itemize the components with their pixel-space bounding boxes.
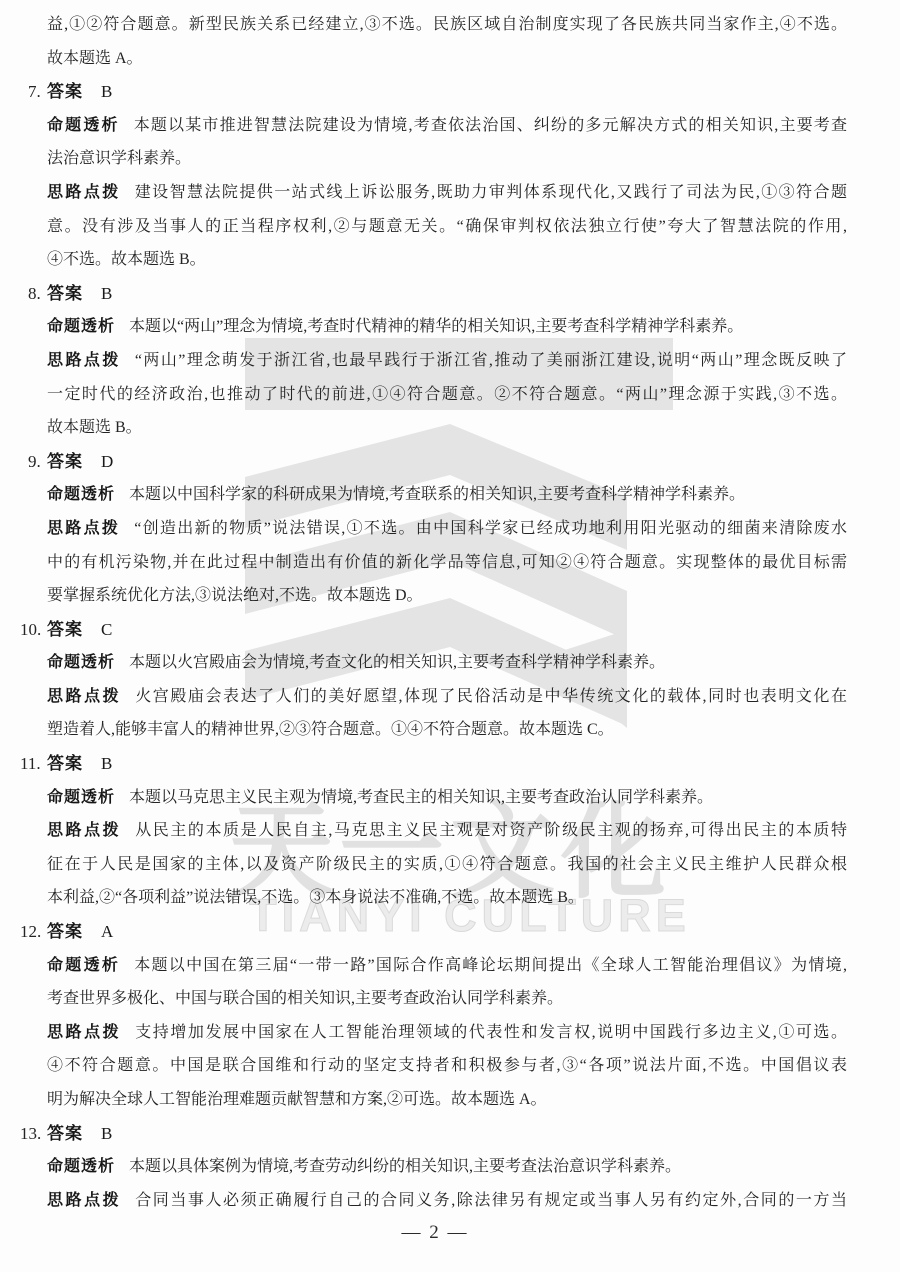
answer-label: 答案 [47,620,83,639]
analysis-label: 命题透析 [47,318,115,335]
answer-letter: C [101,620,112,639]
tips-text: “两山”理念萌发于浙江省,也最早践行于浙江省,推动了美丽浙江建设,说明“两山”理… [135,352,847,369]
tips-line: 思路点拨建设智慧法院提供一站式线上诉讼服务,既助力审判体系现代化,又践行了司法为… [47,176,847,210]
tips-line: 思路点拨火宫殿庙会表达了人们的美好愿望,体现了民俗活动是中华传统文化的载体,同时… [47,680,847,714]
tips-line: 思路点拨从民主的本质是人民自主,马克思主义民主观是对资产阶级民主观的扬弃,可得出… [47,814,847,848]
answer-item-13: 13.答案B 命题透析本题以具体案例为情境,考查劳动纠纷的相关知识,主要考查法治… [47,1117,847,1218]
analysis-label: 命题透析 [47,1158,115,1175]
answer-letter: D [101,452,113,471]
tips-label: 思路点拨 [47,520,120,537]
answer-header: 9.答案D [47,445,847,479]
analysis-label: 命题透析 [47,957,120,974]
item-number: 8. [28,277,47,311]
answer-header: 7.答案B [47,75,847,109]
tips-line: 明为解决全球人工智能治理难题贡献智慧和方案,②可选。故本题选 A。 [47,1083,847,1117]
answer-label: 答案 [47,922,83,941]
intro-line: 故本题选 A。 [47,42,847,76]
tips-line: 思路点拨“创造出新的物质”说法错误,①不选。由中国科学家已经成功地利用阳光驱动的… [47,512,847,546]
tips-line: 塑造着人,能够丰富人的精神世界,②③符合题意。①④不符合题意。故本题选 C。 [47,713,847,747]
analysis-text: 本题以某市推进智慧法院建设为情境,考查依法治国、纠纷的多元解决方式的相关知识,主… [134,117,847,134]
answer-letter: B [101,754,112,773]
tips-label: 思路点拨 [47,822,121,839]
tips-label: 思路点拨 [47,184,121,201]
tips-line: 思路点拨支持增加发展中国家在人工智能治理领域的代表性和发言权,说明中国践行多边主… [47,1016,847,1050]
item-number: 12. [20,915,47,949]
intro-line: 益,①②符合题意。新型民族关系已经建立,③不选。民族区域自治制度实现了各民族共同… [47,8,847,42]
answer-header: 10.答案C [47,613,847,647]
analysis-line: 法治意识学科素养。 [47,142,847,176]
analysis-line: 命题透析本题以具体案例为情境,考查劳动纠纷的相关知识,主要考查法治意识学科素养。 [47,1150,847,1184]
answer-letter: B [101,284,112,303]
answer-item-11: 11.答案B 命题透析本题以马克思主义民主观为情境,考查民主的相关知识,主要考查… [47,747,847,915]
intro-continuation: 益,①②符合题意。新型民族关系已经建立,③不选。民族区域自治制度实现了各民族共同… [47,8,847,75]
analysis-text: 本题以具体案例为情境,考查劳动纠纷的相关知识,主要考查法治意识学科素养。 [129,1158,681,1175]
answer-item-7: 7.答案B 命题透析本题以某市推进智慧法院建设为情境,考查依法治国、纠纷的多元解… [47,75,847,277]
answer-label: 答案 [47,82,83,101]
tips-text: “创造出新的物质”说法错误,①不选。由中国科学家已经成功地利用阳光驱动的细菌来清… [134,520,847,537]
answer-item-10: 10.答案C 命题透析本题以火宫殿庙会为情境,考查文化的相关知识,主要考查科学精… [47,613,847,747]
tips-line: 征在于人民是国家的主体,以及资产阶级民主的实质,①④符合题意。我国的社会主义民主… [47,848,847,882]
analysis-line: 命题透析本题以中国科学家的科研成果为情境,考查联系的相关知识,主要考查科学精神学… [47,478,847,512]
answer-header: 13.答案B [47,1117,847,1151]
analysis-text: 本题以中国在第三届“一带一路”国际合作高峰论坛期间提出《全球人工智能治理倡议》为… [134,957,847,974]
answers-content: 益,①②符合题意。新型民族关系已经建立,③不选。民族区域自治制度实现了各民族共同… [0,0,900,1217]
tips-line: ④不选。故本题选 B。 [47,243,847,277]
tips-label: 思路点拨 [47,1024,121,1041]
analysis-line: 命题透析本题以某市推进智慧法院建设为情境,考查依法治国、纠纷的多元解决方式的相关… [47,109,847,143]
tips-label: 思路点拨 [47,352,121,369]
answer-item-8: 8.答案B 命题透析本题以“两山”理念为情境,考查时代精神的精华的相关知识,主要… [47,277,847,445]
answer-header: 8.答案B [47,277,847,311]
item-number: 9. [28,445,47,479]
analysis-line: 命题透析本题以“两山”理念为情境,考查时代精神的精华的相关知识,主要考查科学精神… [47,310,847,344]
tips-line: 一定时代的经济政治,也推动了时代的前进,①④符合题意。②不符合题意。“两山”理念… [47,378,847,412]
analysis-line: 考查世界多极化、中国与联合国的相关知识,主要考查政治认同学科素养。 [47,982,847,1016]
answer-label: 答案 [47,1124,83,1143]
tips-line: 意。没有涉及当事人的正当程序权利,②与题意无关。“确保审判权依法独立行使”夸大了… [47,210,847,244]
tips-line: 故本题选 B。 [47,411,847,445]
analysis-line: 命题透析本题以火宫殿庙会为情境,考查文化的相关知识,主要考查科学精神学科素养。 [47,646,847,680]
analysis-text: 本题以“两山”理念为情境,考查时代精神的精华的相关知识,主要考查科学精神学科素养… [129,318,743,335]
item-number: 10. [20,613,47,647]
tips-line: 思路点拨“两山”理念萌发于浙江省,也最早践行于浙江省,推动了美丽浙江建设,说明“… [47,344,847,378]
answer-label: 答案 [47,284,83,303]
item-number: 7. [28,75,47,109]
analysis-label: 命题透析 [47,789,115,806]
answer-header: 12.答案A [47,915,847,949]
tips-text: 火宫殿庙会表达了人们的美好愿望,体现了民俗活动是中华传统文化的载体,同时也表明文… [135,688,847,705]
analysis-label: 命题透析 [47,654,115,671]
tips-text: 从民主的本质是人民自主,马克思主义民主观是对资产阶级民主观的扬弃,可得出民主的本… [135,822,847,839]
tips-text: 支持增加发展中国家在人工智能治理领域的代表性和发言权,说明中国践行多边主义,①可… [135,1024,847,1041]
page-number: — 2 — [0,1222,870,1244]
tips-label: 思路点拨 [47,688,121,705]
answer-letter: B [101,82,112,101]
item-number: 13. [20,1117,47,1151]
analysis-text: 本题以中国科学家的科研成果为情境,考查联系的相关知识,主要考查科学精神学科素养。 [129,486,745,503]
answer-label: 答案 [47,754,83,773]
tips-line: 思路点拨合同当事人必须正确履行自己的合同义务,除法律另有规定或当事人另有约定外,… [47,1184,847,1218]
tips-line: 要掌握系统优化方法,③说法绝对,不选。故本题选 D。 [47,579,847,613]
answer-letter: A [101,922,113,941]
analysis-text: 本题以火宫殿庙会为情境,考查文化的相关知识,主要考查科学精神学科素养。 [129,654,665,671]
item-number: 11. [20,747,47,781]
answer-item-9: 9.答案D 命题透析本题以中国科学家的科研成果为情境,考查联系的相关知识,主要考… [47,445,847,613]
analysis-text: 本题以马克思主义民主观为情境,考查民主的相关知识,主要考查政治认同学科素养。 [129,789,713,806]
analysis-line: 命题透析本题以中国在第三届“一带一路”国际合作高峰论坛期间提出《全球人工智能治理… [47,949,847,983]
tips-line: 本利益,②“各项利益”说法错误,不选。③本身说法不准确,不选。故本题选 B。 [47,881,847,915]
tips-text: 合同当事人必须正确履行自己的合同义务,除法律另有规定或当事人另有约定外,合同的一… [135,1192,847,1209]
tips-label: 思路点拨 [47,1192,121,1209]
tips-line: 中的有机污染物,并在此过程中制造出有价值的新化学品等信息,可知②④符合题意。实现… [47,546,847,580]
analysis-line: 命题透析本题以马克思主义民主观为情境,考查民主的相关知识,主要考查政治认同学科素… [47,781,847,815]
analysis-label: 命题透析 [47,117,120,134]
analysis-label: 命题透析 [47,486,115,503]
answer-item-12: 12.答案A 命题透析本题以中国在第三届“一带一路”国际合作高峰论坛期间提出《全… [47,915,847,1117]
tips-text: 建设智慧法院提供一站式线上诉讼服务,既助力审判体系现代化,又践行了司法为民,①③… [135,184,847,201]
document-page: 天一文化 TIANYI CULTURE 益,①②符合题意。新型民族关系已经建立,… [0,0,900,1272]
answer-letter: B [101,1124,112,1143]
answer-header: 11.答案B [47,747,847,781]
tips-line: ④不符合题意。中国是联合国维和行动的坚定支持者和积极参与者,③“各项”说法片面,… [47,1049,847,1083]
answer-label: 答案 [47,452,83,471]
